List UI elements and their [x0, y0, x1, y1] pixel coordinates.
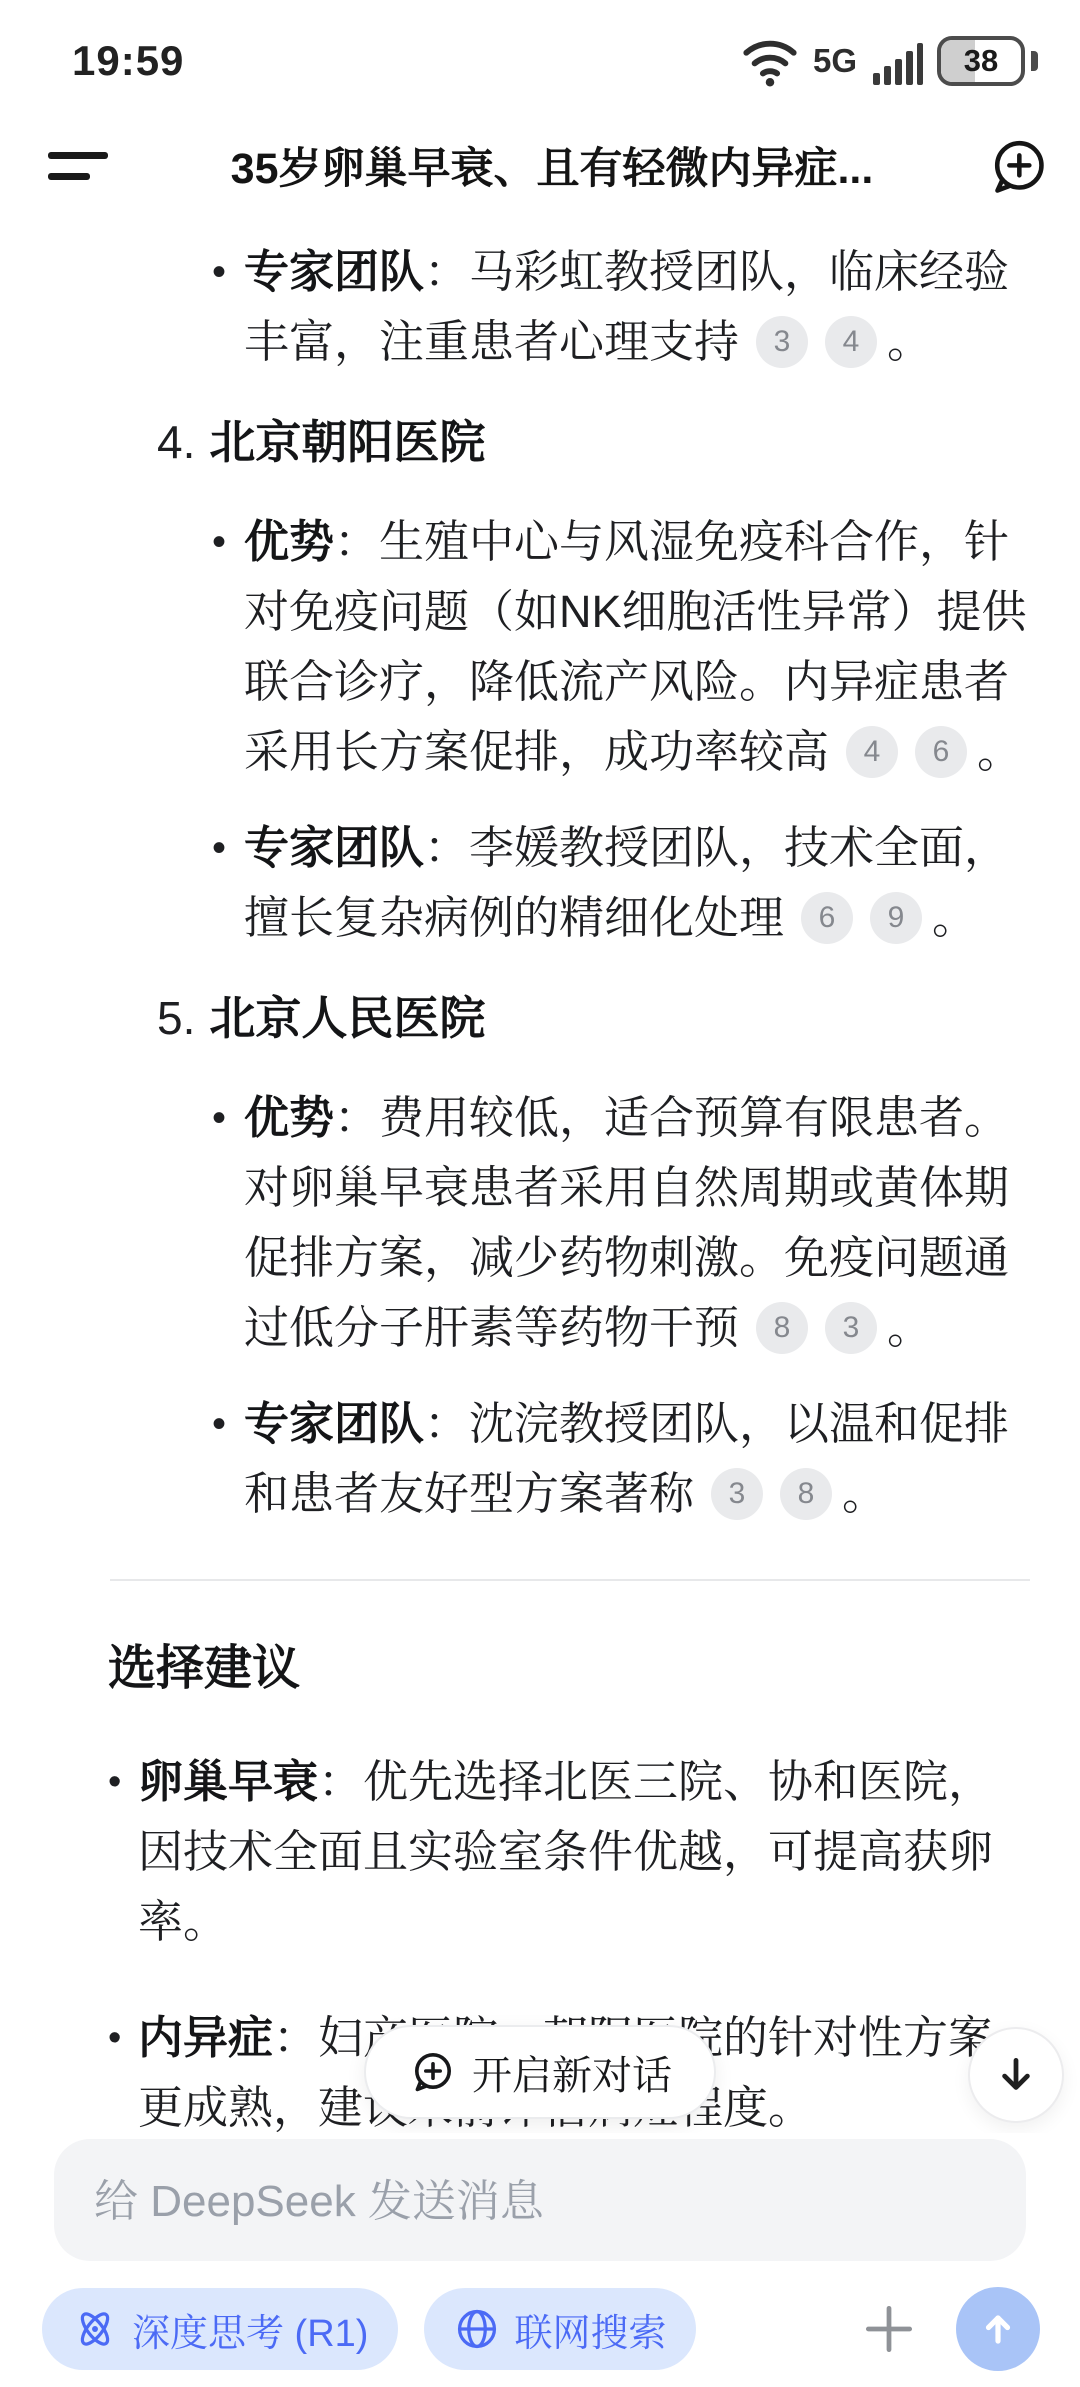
- bullet-label: 优势: [244, 1092, 334, 1143]
- network-type-label: 5G: [813, 42, 857, 80]
- sentence-period: 。: [932, 892, 977, 943]
- battery-nub: [1031, 51, 1038, 71]
- citation-badge[interactable]: 8: [756, 1302, 808, 1354]
- colon: ：: [318, 1756, 363, 1807]
- bullet-dot: •: [108, 2003, 138, 2133]
- citation-badge[interactable]: 3: [825, 1302, 877, 1354]
- bullet-text: 专家团队：马彩虹教授团队，临床经验丰富，注重患者心理支持34。: [244, 237, 1034, 377]
- new-conversation-button[interactable]: 开启新对话: [364, 2025, 716, 2119]
- new-chat-icon: [986, 134, 1050, 198]
- battery-level: 38: [964, 43, 998, 79]
- plus-icon: [858, 2298, 920, 2360]
- colon: ：: [334, 1092, 379, 1143]
- colon: ：: [273, 2012, 318, 2063]
- hospital-number: 4.: [157, 416, 195, 468]
- web-search-toggle[interactable]: 联网搜索: [424, 2288, 696, 2370]
- chat-area[interactable]: •专家团队：马彩虹教授团队，临床经验丰富，注重患者心理支持34。4.北京朝阳医院…: [0, 225, 1080, 2133]
- bullet-dot: •: [212, 1083, 244, 1363]
- app-header: 35岁卵巢早衰、且有轻微内异症...: [0, 112, 1080, 225]
- hospital-number: 5.: [157, 992, 195, 1044]
- citation-badge[interactable]: 9: [870, 892, 922, 944]
- deep-think-label: 深度思考 (R1): [132, 2302, 368, 2357]
- section-divider: [110, 1579, 1030, 1581]
- new-chat-button[interactable]: [986, 134, 1050, 198]
- suggestion-label: 内异症: [138, 2012, 273, 2063]
- globe-icon: [454, 2306, 500, 2352]
- bullet-item: •专家团队：李媛教授团队，技术全面，擅长复杂病例的精细化处理69。: [212, 813, 1034, 953]
- message-input[interactable]: 给 DeepSeek 发送消息: [54, 2139, 1026, 2261]
- signal-bars-icon: [871, 35, 923, 87]
- suggestion-text: 卵巢早衰：优先选择北医三院、协和医院，因技术全面且实验室条件优越，可提高获卵率。: [138, 1747, 1034, 1957]
- up-arrow-icon: [974, 2305, 1022, 2353]
- deepseek-chat-screen: 19:59 5G 38: [0, 0, 1080, 2387]
- colon: ：: [424, 246, 469, 297]
- bullet-label: 优势: [244, 516, 334, 567]
- bullet-dot: •: [212, 237, 244, 377]
- wifi-icon: [741, 35, 799, 87]
- hospital-name: 北京朝阳医院: [209, 416, 485, 468]
- deep-think-toggle[interactable]: 深度思考 (R1): [42, 2288, 398, 2370]
- bullet-dot: •: [108, 1747, 138, 1957]
- chat-bubble-plus-icon: [408, 2048, 456, 2096]
- input-placeholder: 给 DeepSeek 发送消息: [94, 2177, 544, 2226]
- assistant-message: •专家团队：马彩虹教授团队，临床经验丰富，注重患者心理支持34。4.北京朝阳医院…: [0, 225, 1080, 2133]
- status-time: 19:59: [72, 37, 184, 85]
- citation-badge[interactable]: 4: [825, 316, 877, 368]
- bullet-item: •专家团队：沈浣教授团队，以温和促排和患者友好型方案著称38。: [212, 1389, 1034, 1529]
- web-search-label: 联网搜索: [514, 2302, 666, 2357]
- bullet-text: 专家团队：李媛教授团队，技术全面，擅长复杂病例的精细化处理69。: [244, 813, 1034, 953]
- atom-icon: [72, 2306, 118, 2352]
- suggestion-item: •卵巢早衰：优先选择北医三院、协和医院，因技术全面且实验室条件优越，可提高获卵率…: [108, 1747, 1034, 1957]
- bullet-item: •优势：费用较低，适合预算有限患者。对卵巢早衰患者采用自然周期或黄体期促排方案，…: [212, 1083, 1034, 1363]
- composer-toolbar: 深度思考 (R1) 联网搜索: [0, 2287, 1080, 2371]
- bullet-text: 优势：费用较低，适合预算有限患者。对卵巢早衰患者采用自然周期或黄体期促排方案，减…: [244, 1083, 1034, 1363]
- colon: ：: [334, 516, 379, 567]
- sentence-period: 。: [977, 726, 1022, 777]
- down-arrow-icon: [990, 2049, 1042, 2101]
- hamburger-icon: [48, 152, 108, 159]
- status-icons: 5G 38: [741, 35, 1038, 87]
- citation-badge[interactable]: 4: [846, 726, 898, 778]
- citation-badge[interactable]: 3: [711, 1468, 763, 1520]
- bullet-dot: •: [212, 1389, 244, 1529]
- composer: 给 DeepSeek 发送消息 深度思考 (R1) 联网搜索: [0, 2133, 1080, 2387]
- hospital-heading: 5.北京人民医院: [157, 983, 1034, 1053]
- scroll-to-bottom-button[interactable]: [968, 2027, 1064, 2123]
- citation-badge[interactable]: 6: [915, 726, 967, 778]
- bullet-text: 专家团队：沈浣教授团队，以温和促排和患者友好型方案著称38。: [244, 1389, 1034, 1529]
- bullet-label: 专家团队: [244, 1398, 424, 1449]
- chat-title: 35岁卵巢早衰、且有轻微内异症...: [118, 135, 986, 196]
- citation-badge[interactable]: 8: [780, 1468, 832, 1520]
- sentence-period: 。: [842, 1468, 887, 1519]
- battery-indicator: 38: [937, 36, 1025, 86]
- bullet-dot: •: [212, 813, 244, 953]
- colon: ：: [424, 1398, 469, 1449]
- menu-button[interactable]: [48, 152, 118, 180]
- citation-badge[interactable]: 6: [801, 892, 853, 944]
- hospital-name: 北京人民医院: [209, 992, 485, 1044]
- bullet-text: 优势：生殖中心与风湿免疫科合作，针对免疫问题（如NK细胞活性异常）提供联合诊疗，…: [244, 507, 1034, 787]
- section-heading: 选择建议: [108, 1639, 1034, 1699]
- new-conversation-label: 开启新对话: [472, 2044, 672, 2101]
- bullet-item: •优势：生殖中心与风湿免疫科合作，针对免疫问题（如NK细胞活性异常）提供联合诊疗…: [212, 507, 1034, 787]
- sentence-period: 。: [887, 316, 932, 367]
- status-bar: 19:59 5G 38: [0, 0, 1080, 112]
- suggestion-label: 卵巢早衰: [138, 1756, 318, 1807]
- colon: ：: [424, 822, 469, 873]
- bullet-label: 专家团队: [244, 822, 424, 873]
- hospital-heading: 4.北京朝阳医院: [157, 407, 1034, 477]
- bullet-dot: •: [212, 507, 244, 787]
- bullet-label: 专家团队: [244, 246, 424, 297]
- citation-badge[interactable]: 3: [756, 316, 808, 368]
- bullet-item: •专家团队：马彩虹教授团队，临床经验丰富，注重患者心理支持34。: [212, 237, 1034, 377]
- send-button[interactable]: [956, 2287, 1040, 2371]
- sentence-period: 。: [887, 1302, 932, 1353]
- attach-button[interactable]: [858, 2298, 920, 2360]
